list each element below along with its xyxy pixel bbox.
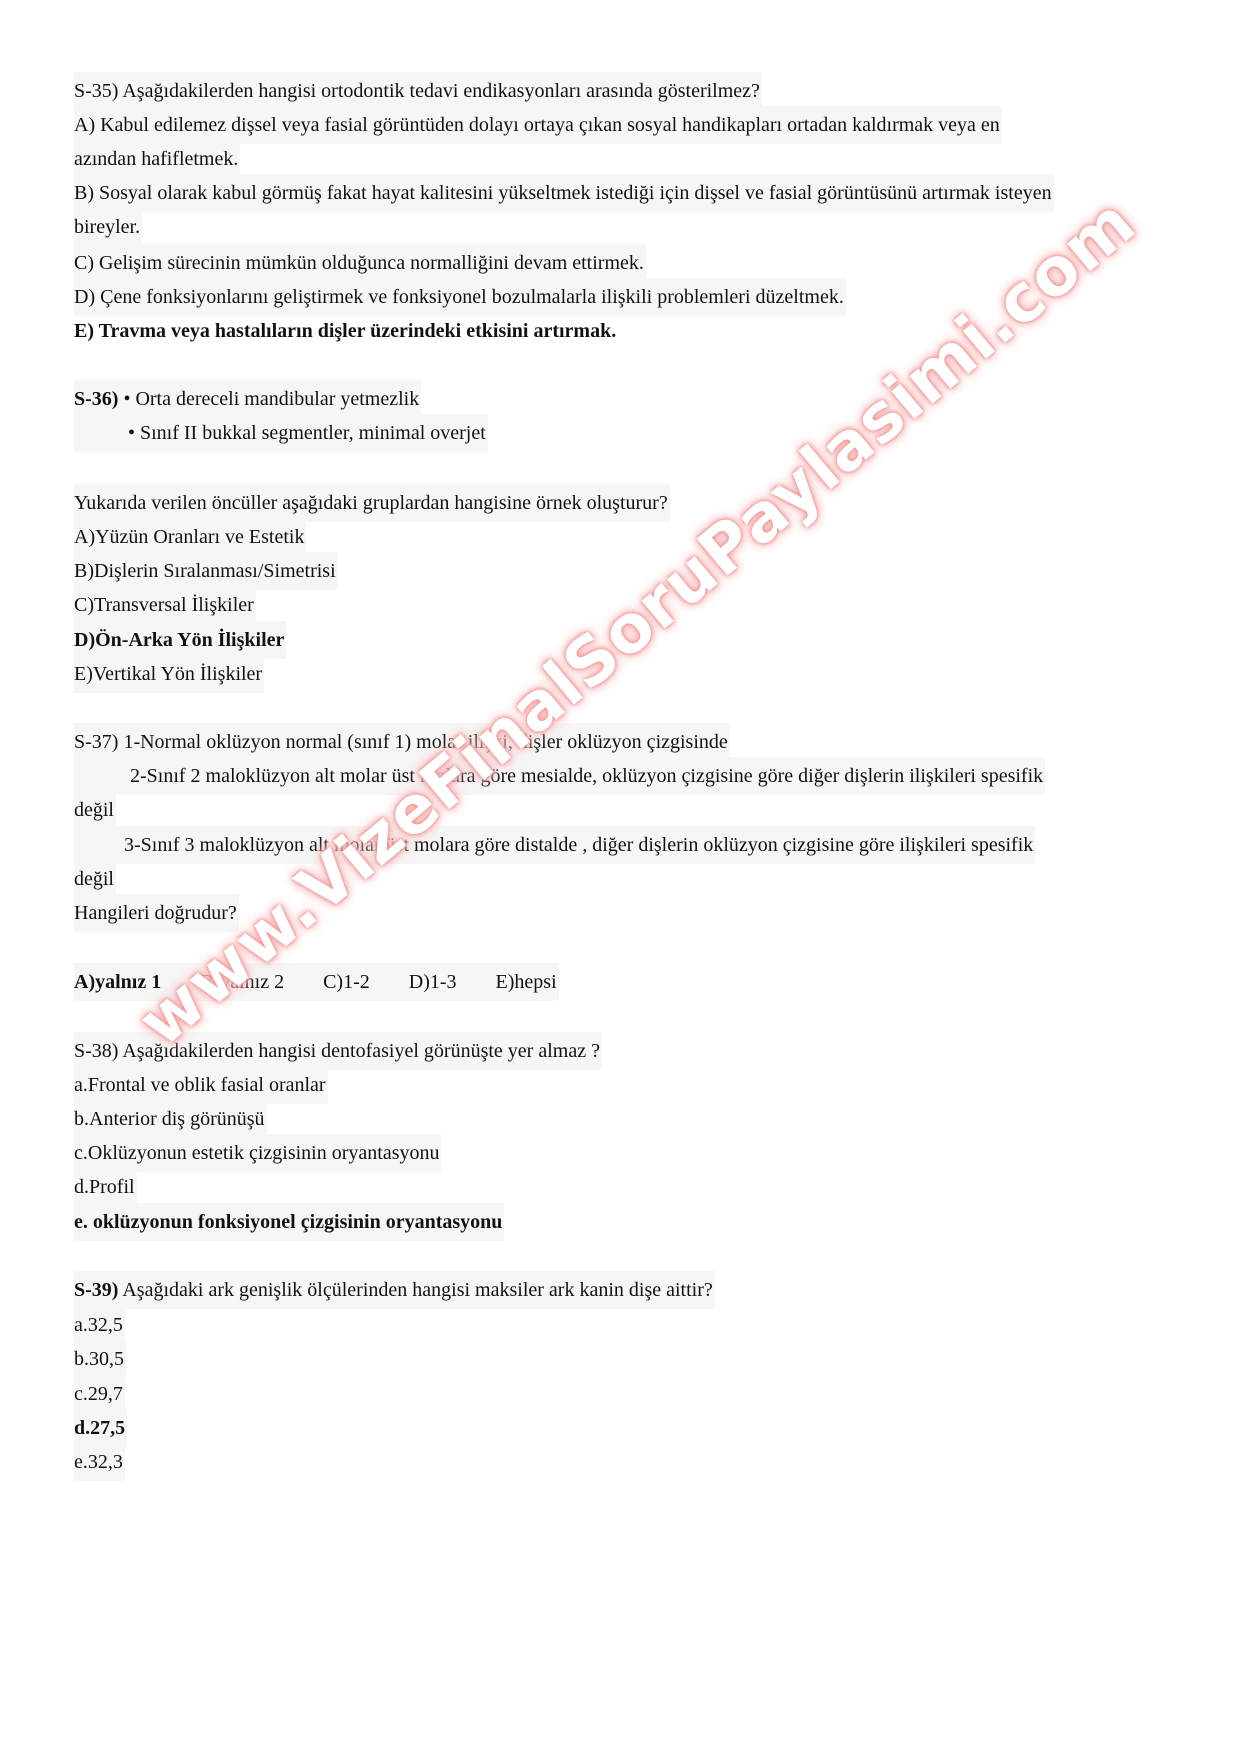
question-39-number: S-39) [74,1279,118,1301]
question-37-option-d: D)1-3 [409,971,457,993]
question-37-item-2-cont: değil [74,791,116,829]
question-37-option-a-correct: A)yalnız 1 [74,971,161,993]
question-35-option-b: B) Sosyal olarak kabul görmüş fakat haya… [74,174,1054,212]
question-38-option-d: d.Profil [74,1168,137,1206]
question-35-option-e-correct: E) Travma veya hastalıların dişler üzeri… [74,312,616,350]
question-37-option-c: C)1-2 [323,971,370,993]
document-page: S-35) Aşağıdakilerden hangisi ortodontik… [0,0,1240,1754]
question-36-stem: Yukarıda verilen öncüller aşağıdaki grup… [74,484,670,522]
question-39-option-e: e.32,3 [74,1443,125,1481]
question-35-option-d: D) Çene fonksiyonlarını geliştirmek ve f… [74,278,846,316]
question-36-premise-2: • Sınıf II bukkal segmentler, minimal ov… [74,414,488,452]
question-39-option-c: c.29,7 [74,1375,125,1413]
question-37-item-2: 2-Sınıf 2 maloklüzyon alt molar üst mola… [74,757,1045,795]
question-37-item-3-cont: değil [74,860,116,898]
question-38-option-e-correct: e. oklüzyonun fonksiyonel çizgisinin ory… [74,1203,504,1241]
question-36-premise-1: S-36) • Orta dereceli mandibular yetmezl… [74,380,421,418]
question-39-option-b: b.30,5 [74,1340,126,1378]
question-36-option-c: C)Transversal İlişkiler [74,586,256,624]
question-37-option-b: B)yalnız 2 [200,971,284,993]
question-38-option-c: c.Oklüzyonun estetik çizgisinin oryantas… [74,1134,441,1172]
question-35-option-a: A) Kabul edilemez dişsel veya fasial gör… [74,106,1002,144]
question-36-option-b: B)Dişlerin Sıralanması/Simetrisi [74,552,338,590]
question-38-option-a: a.Frontal ve oblik fasial oranlar [74,1066,328,1104]
question-37-item-3: 3-Sınıf 3 maloklüzyon alt molar üst mola… [74,826,1035,864]
question-37-options: A)yalnız 1 B)yalnız 2 C)1-2 D)1-3 E)heps… [74,963,559,1001]
question-37-stem: Hangileri doğrudur? [74,894,239,932]
question-35-stem: S-35) Aşağıdakilerden hangisi ortodontik… [74,72,762,110]
question-37-option-e: E)hepsi [496,971,557,993]
question-35-option-a-cont: azından hafifletmek. [74,140,240,178]
question-37-item-1: S-37) 1-Normal oklüzyon normal (sınıf 1)… [74,723,730,761]
question-36-premise-1-text: • Orta dereceli mandibular yetmezlik [118,388,419,410]
question-39-stem: Aşağıdaki ark genişlik ölçülerinden hang… [118,1279,712,1301]
question-39-stem-line: S-39) Aşağıdaki ark genişlik ölçülerinde… [74,1271,715,1309]
question-36-option-e: E)Vertikal Yön İlişkiler [74,655,264,693]
question-39-option-a: a.32,5 [74,1306,125,1344]
question-38-option-b: b.Anterior diş görünüşü [74,1100,267,1138]
question-36-option-a: A)Yüzün Oranları ve Estetik [74,518,306,556]
question-39-option-d-correct: d.27,5 [74,1409,127,1447]
question-36-number: S-36) [74,388,118,410]
question-38-stem: S-38) Aşağıdakilerden hangisi dentofasiy… [74,1032,602,1070]
question-35-option-c: C) Gelişim sürecinin mümkün olduğunca no… [74,244,646,282]
question-36-option-d-correct: D)Ön-Arka Yön İlişkiler [74,621,286,659]
question-35-option-b-cont: bireyler. [74,208,142,246]
